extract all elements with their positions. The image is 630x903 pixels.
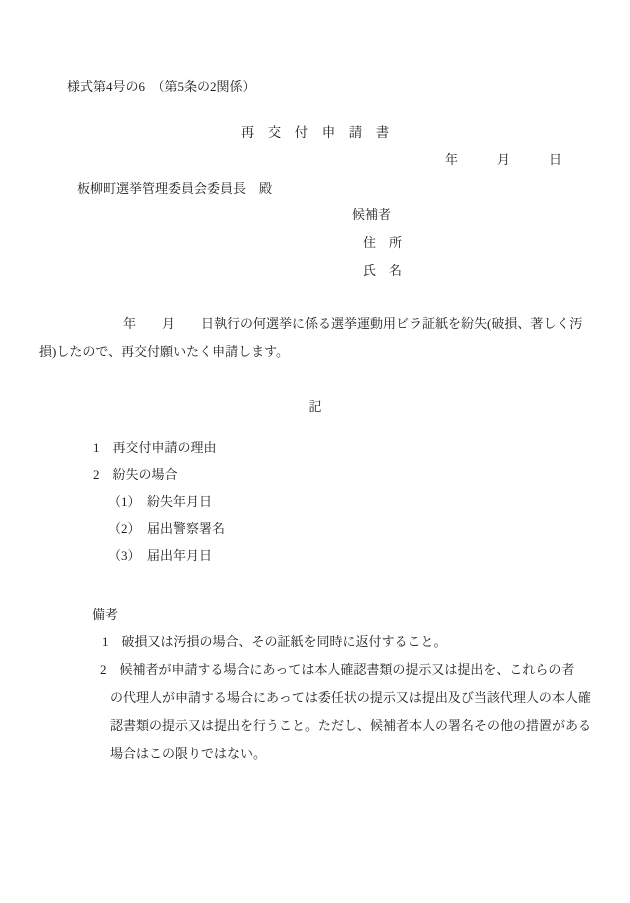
list-item-1: 1 再交付申請の理由 bbox=[93, 440, 217, 456]
statement-line-1: 年 月 日執行の何選挙に係る選挙運動用ビラ証紙を紛失(破損、著しく汚 bbox=[123, 316, 582, 332]
statement-line-2: 損)したので、再交付願いたく申請します。 bbox=[39, 344, 289, 360]
list-item-2: 2 紛失の場合 bbox=[93, 467, 178, 483]
remarks-note-2-line-3: 認書類の提示又は提出を行うこと。ただし、候補者本人の署名その他の措置がある bbox=[110, 718, 591, 734]
remarks-note-1: 1 破損又は汚損の場合、その証紙を同時に返付すること。 bbox=[102, 634, 447, 650]
candidate-address-label: 住 所 bbox=[363, 235, 402, 251]
list-sub-item-3: （3） 届出年月日 bbox=[108, 548, 212, 564]
remarks-heading: 備考 bbox=[92, 607, 118, 623]
remarks-note-2-line-4: 場合はこの限りではない。 bbox=[110, 746, 266, 762]
list-sub-item-2: （2） 届出警察署名 bbox=[108, 521, 225, 537]
candidate-label: 候補者 bbox=[352, 207, 391, 223]
candidate-name-label: 氏 名 bbox=[363, 263, 402, 279]
date-line: 年 月 日 bbox=[445, 152, 562, 168]
remarks-note-2-line-2: の代理人が申請する場合にあっては委任状の提示又は提出及び当該代理人の本人確 bbox=[110, 690, 591, 706]
form-page: 様式第4号の6 （第5条の2関係） 再 交 付 申 請 書 年 月 日 板柳町選… bbox=[0, 0, 630, 903]
list-sub-item-1: （1） 紛失年月日 bbox=[108, 494, 212, 510]
form-title: 再 交 付 申 請 書 bbox=[0, 125, 630, 142]
addressee-line: 板柳町選挙管理委員会委員長 殿 bbox=[77, 181, 272, 197]
remarks-note-2-line-1: 2 候補者が申請する場合にあっては本人確認書類の提示又は提出を、これらの者 bbox=[100, 662, 574, 678]
record-heading: 記 bbox=[0, 399, 630, 415]
form-number: 様式第4号の6 （第5条の2関係） bbox=[67, 79, 256, 95]
